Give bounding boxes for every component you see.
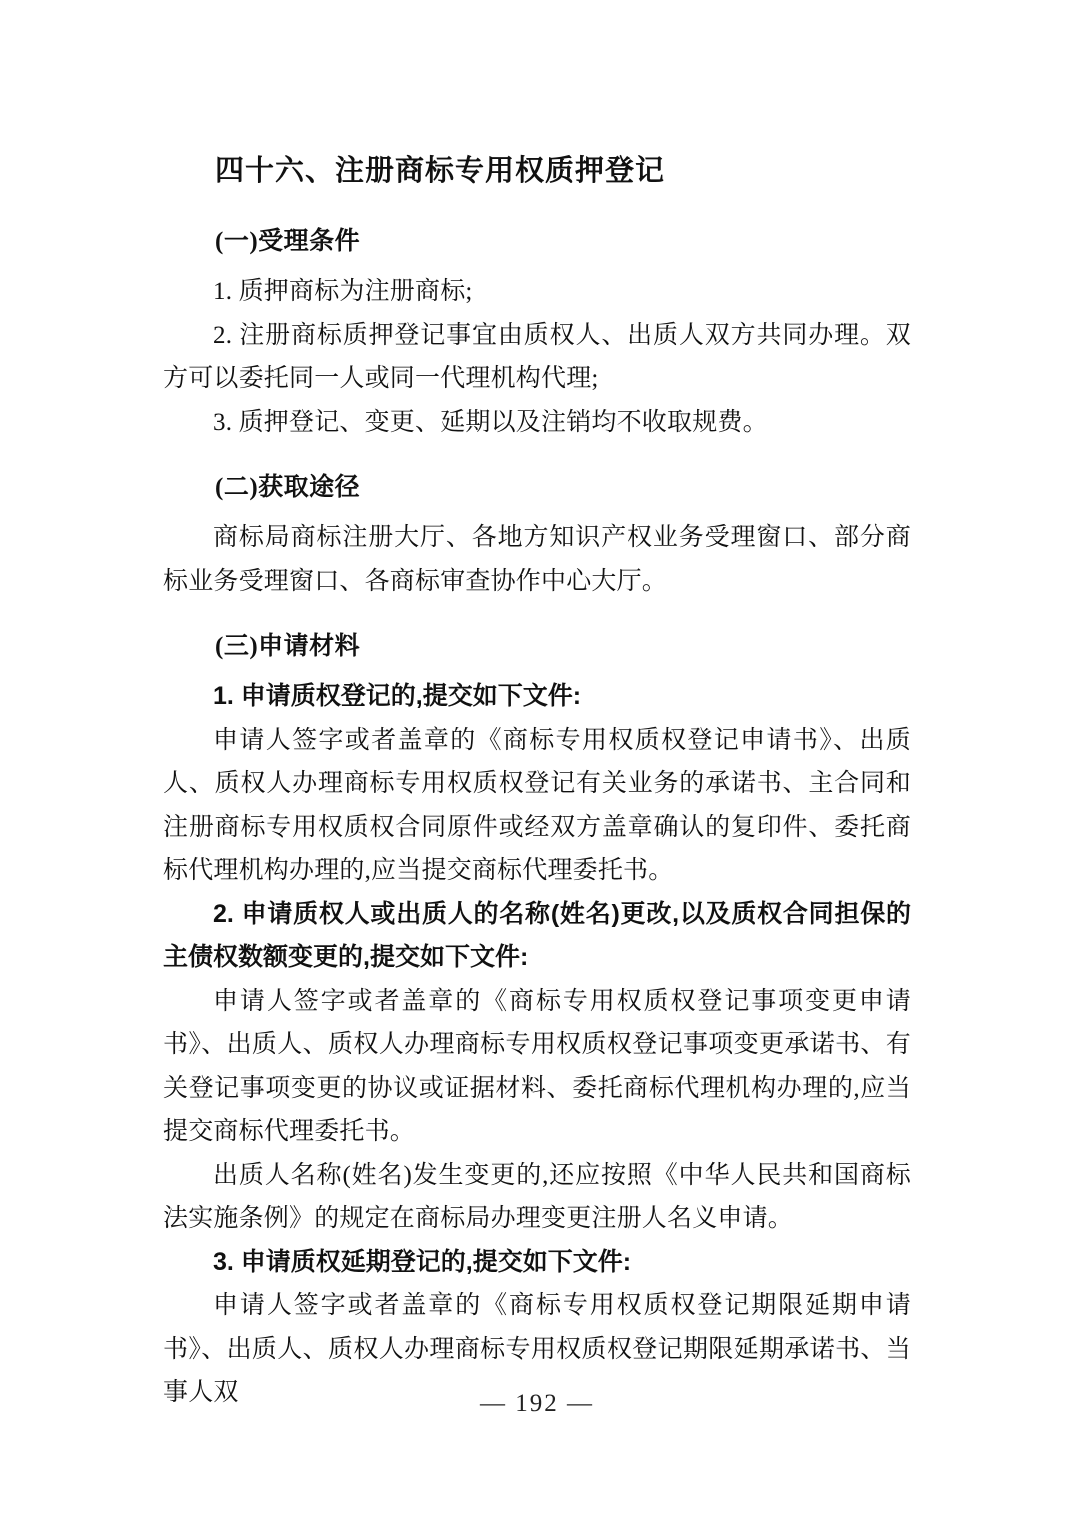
clause-paragraph: 3. 质押登记、变更、延期以及注销均不收取规费。 bbox=[163, 401, 911, 445]
document-content: 四十六、注册商标专用权质押登记 (一)受理条件 1. 质押商标为注册商标; 2.… bbox=[163, 150, 911, 1415]
section-application-materials: (三)申请材料 1. 申请质权登记的,提交如下文件: 申请人签字或者盖章的《商标… bbox=[163, 625, 911, 1415]
clause-paragraph: 申请人签字或者盖章的《商标专用权质权登记申请书》、出质人、质权人办理商标专用权质… bbox=[163, 719, 911, 893]
clause-paragraph: 2. 注册商标质押登记事宜由质权人、出质人双方共同办理。双方可以委托同一人或同一… bbox=[163, 314, 911, 401]
section-acceptance-conditions: (一)受理条件 1. 质押商标为注册商标; 2. 注册商标质押登记事宜由质权人、… bbox=[163, 220, 911, 444]
document-title: 四十六、注册商标专用权质押登记 bbox=[163, 150, 911, 192]
section-heading-acceptance-conditions: (一)受理条件 bbox=[163, 220, 911, 264]
section-heading-obtain-channels: (二)获取途径 bbox=[163, 466, 911, 510]
clause-paragraph: 商标局商标注册大厅、各地方知识产权业务受理窗口、部分商标业务受理窗口、各商标审查… bbox=[163, 516, 911, 603]
clause-paragraph: 申请人签字或者盖章的《商标专用权质权登记事项变更申请书》、出质人、质权人办理商标… bbox=[163, 980, 911, 1154]
document-page: 四十六、注册商标专用权质押登记 (一)受理条件 1. 质押商标为注册商标; 2.… bbox=[0, 0, 1074, 1520]
section-obtain-channels: (二)获取途径 商标局商标注册大厅、各地方知识产权业务受理窗口、部分商标业务受理… bbox=[163, 466, 911, 603]
subitem-heading-extension-registration: 3. 申请质权延期登记的,提交如下文件: bbox=[163, 1241, 911, 1285]
clause-paragraph: 1. 质押商标为注册商标; bbox=[163, 270, 911, 314]
subitem-heading-pledge-registration: 1. 申请质权登记的,提交如下文件: bbox=[163, 675, 911, 719]
section-heading-application-materials: (三)申请材料 bbox=[163, 625, 911, 669]
subitem-heading-change-registration: 2. 申请质权人或出质人的名称(姓名)更改,以及质权合同担保的主债权数额变更的,… bbox=[163, 893, 911, 980]
page-number: — 192 — bbox=[0, 1390, 1074, 1418]
clause-paragraph: 出质人名称(姓名)发生变更的,还应按照《中华人民共和国商标法实施条例》的规定在商… bbox=[163, 1154, 911, 1241]
